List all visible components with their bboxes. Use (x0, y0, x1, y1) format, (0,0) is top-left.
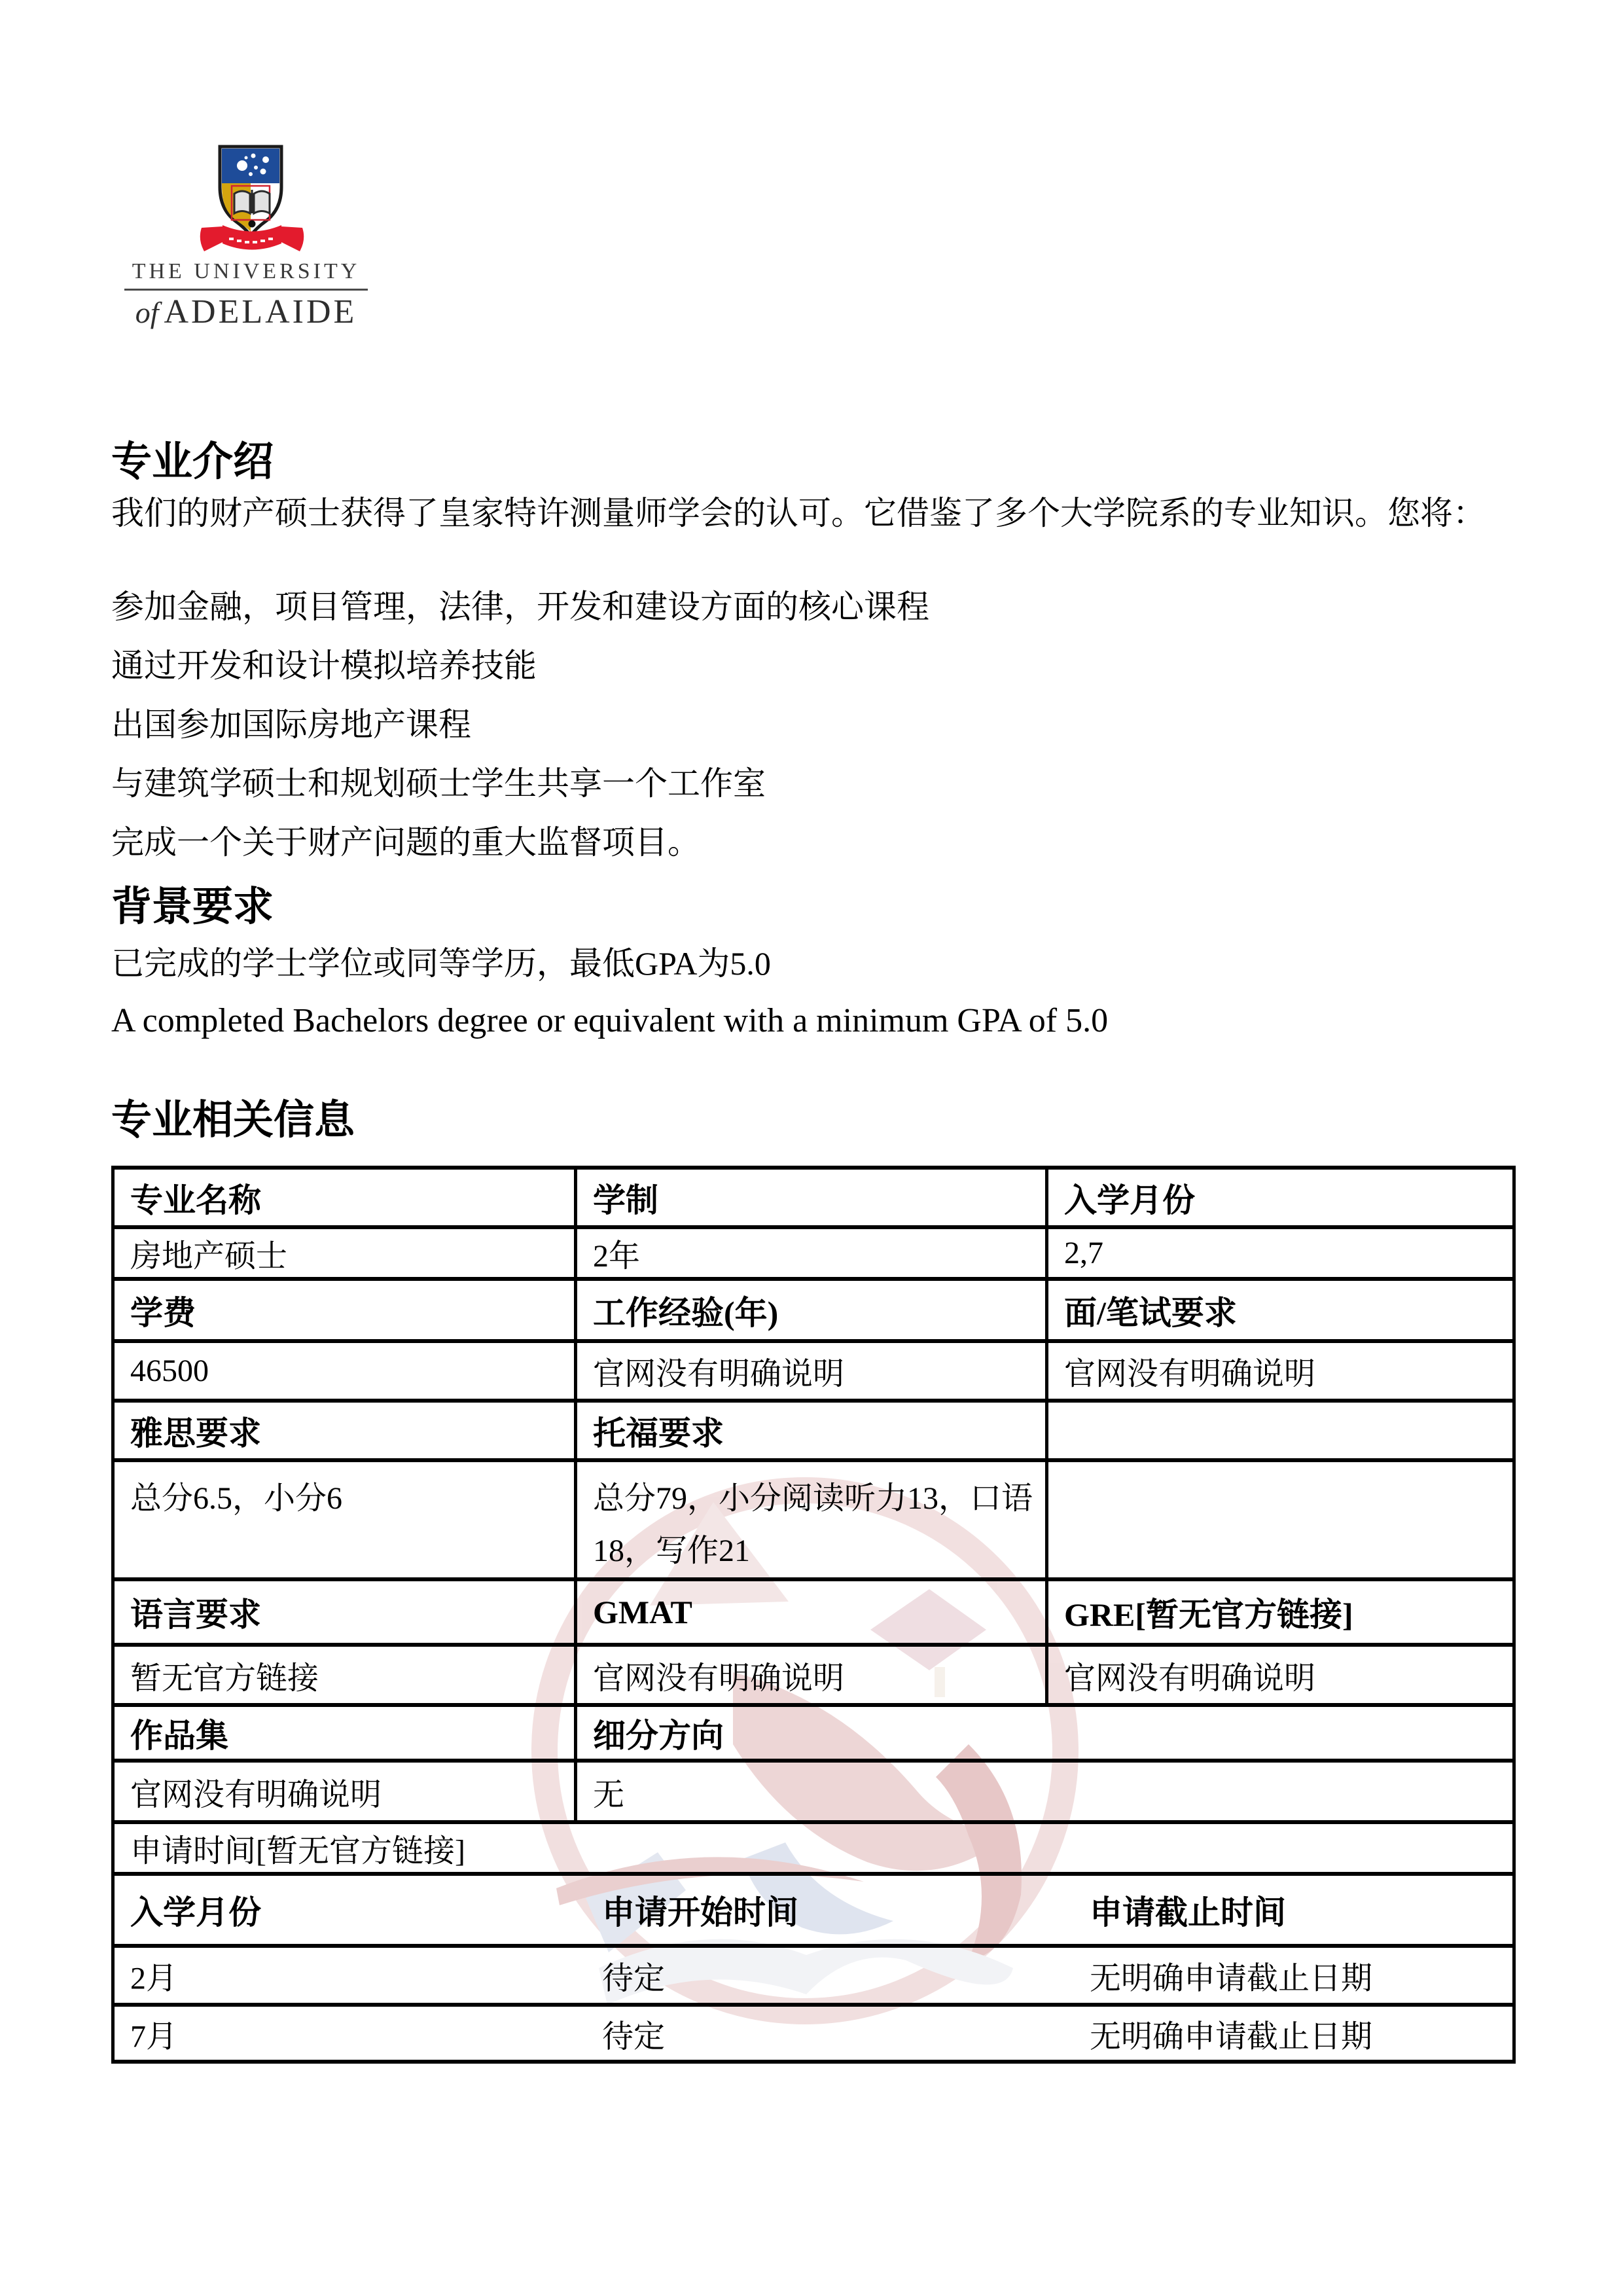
intro-paragraph: 我们的财产硕士获得了皇家特许测量师学会的认可。它借鉴了多个大学院系的专业知识。您… (111, 492, 1486, 534)
background-line-cn: 已完成的学士学位或同等学历，最低GPA为5.0 (111, 942, 771, 984)
table-cell: 2,7 (1047, 1227, 1514, 1279)
table-cell: 官网没有明确说明 (113, 1761, 576, 1822)
intro-bullet: 通过开发和设计模拟培养技能 (111, 636, 929, 695)
free-col-3: 无明确申请截止日期 (1090, 1953, 1372, 1998)
background-line-en: A completed Bachelors degree or equivale… (111, 1000, 1108, 1042)
table-cell: 官网没有明确说明 (576, 1341, 1047, 1401)
table-row: 申请时间[暂无官方链接] (113, 1822, 1514, 1874)
free-col-3: 申请截止时间 (1090, 1886, 1286, 1933)
program-info-table: 专业名称 学制 入学月份 房地产硕士 2年 2,7 学费 工作经验(年) 面/笔… (111, 1166, 1516, 2064)
table-cell: 官网没有明确说明 (576, 1645, 1047, 1705)
table-row: 2月 待定 无明确申请截止日期 (113, 1946, 1514, 2005)
intro-bullet: 参加金融，项目管理，法律，开发和建设方面的核心课程 (111, 577, 929, 636)
table-cell (1047, 1460, 1514, 1579)
table-row: 学费 工作经验(年) 面/笔试要求 (113, 1279, 1514, 1341)
free-col-2: 待定 (602, 1953, 665, 1998)
table-cell: 官网没有明确说明 (1047, 1341, 1514, 1401)
free-col-1: 2月 (130, 1953, 177, 1998)
free-col-2: 申请开始时间 (602, 1886, 798, 1933)
table-cell: GMAT (576, 1579, 1047, 1645)
table-cell: 学制 (576, 1168, 1047, 1227)
table-cell: 工作经验(年) (576, 1279, 1047, 1341)
table-row: 总分6.5，小分6 总分79，小分阅读听力13，口语18，写作21 (113, 1460, 1514, 1579)
logo-university-text: THE UNIVERSITY (124, 259, 368, 284)
section-heading-intro: 专业介绍 (111, 440, 274, 484)
table-row: 暂无官方链接 官网没有明确说明 官网没有明确说明 (113, 1645, 1514, 1705)
table-cell: 无 (576, 1761, 1514, 1822)
intro-bullet: 完成一个关于财产问题的重大监督项目。 (111, 813, 929, 872)
table-cell: 官网没有明确说明 (1047, 1645, 1514, 1705)
logo-of-text: of (135, 296, 159, 329)
table-row: 雅思要求 托福要求 (113, 1401, 1514, 1460)
table-cell: 总分79，小分阅读听力13，口语18，写作21 (576, 1460, 1047, 1579)
table-cell: 作品集 (113, 1705, 576, 1761)
table-cell: 细分方向 (576, 1705, 1514, 1761)
logo-adelaide-text: ofADELAIDE (124, 293, 368, 331)
free-col-1: 入学月份 (130, 1886, 261, 1933)
logo-divider (124, 289, 368, 291)
intro-bullet-list: 参加金融，项目管理，法律，开发和建设方面的核心课程 通过开发和设计模拟培养技能 … (111, 577, 929, 872)
table-cell: 房地产硕士 (113, 1227, 576, 1279)
table-cell: 2年 (576, 1227, 1047, 1279)
intro-bullet: 与建筑学硕士和规划硕士学生共享一个工作室 (111, 754, 929, 813)
table-cell: 学费 (113, 1279, 576, 1341)
section-heading-background: 背景要求 (111, 885, 274, 929)
table-cell: 总分6.5，小分6 (113, 1460, 576, 1579)
university-crest-icon (124, 144, 368, 257)
section-heading-info: 专业相关信息 (111, 1098, 355, 1143)
table-cell: 7月 待定 无明确申请截止日期 (113, 2005, 1514, 2062)
table-cell: 专业名称 (113, 1168, 576, 1227)
table-cell: 申请时间[暂无官方链接] (113, 1822, 1514, 1874)
university-logo: THE UNIVERSITY ofADELAIDE (124, 144, 368, 331)
table-row: 46500 官网没有明确说明 官网没有明确说明 (113, 1341, 1514, 1401)
table-cell: 入学月份 申请开始时间 申请截止时间 (113, 1874, 1514, 1946)
table-cell (1047, 1401, 1514, 1460)
free-col-2: 待定 (602, 2011, 665, 2056)
table-cell: 暂无官方链接 (113, 1645, 576, 1705)
table-row: 专业名称 学制 入学月份 (113, 1168, 1514, 1227)
intro-bullet: 出国参加国际房地产课程 (111, 695, 929, 754)
table-row: 语言要求 GMAT GRE[暂无官方链接] (113, 1579, 1514, 1645)
table-cell: 雅思要求 (113, 1401, 576, 1460)
free-col-1: 7月 (130, 2011, 177, 2056)
table-cell: 语言要求 (113, 1579, 576, 1645)
table-cell: 入学月份 (1047, 1168, 1514, 1227)
table-row: 作品集 细分方向 (113, 1705, 1514, 1761)
table-cell: 2月 待定 无明确申请截止日期 (113, 1946, 1514, 2005)
table-row: 入学月份 申请开始时间 申请截止时间 (113, 1874, 1514, 1946)
table-cell: GRE[暂无官方链接] (1047, 1579, 1514, 1645)
table-cell: 46500 (113, 1341, 576, 1401)
table-row: 7月 待定 无明确申请截止日期 (113, 2005, 1514, 2062)
document-page: THE UNIVERSITY ofADELAIDE 专业介绍 我们的财产硕士获得… (0, 0, 1623, 2296)
table-cell: 面/笔试要求 (1047, 1279, 1514, 1341)
table-cell: 托福要求 (576, 1401, 1047, 1460)
table-row: 房地产硕士 2年 2,7 (113, 1227, 1514, 1279)
logo-adelaide-wordmark: ADELAIDE (164, 293, 357, 331)
free-col-3: 无明确申请截止日期 (1090, 2011, 1372, 2056)
table-row: 官网没有明确说明 无 (113, 1761, 1514, 1822)
